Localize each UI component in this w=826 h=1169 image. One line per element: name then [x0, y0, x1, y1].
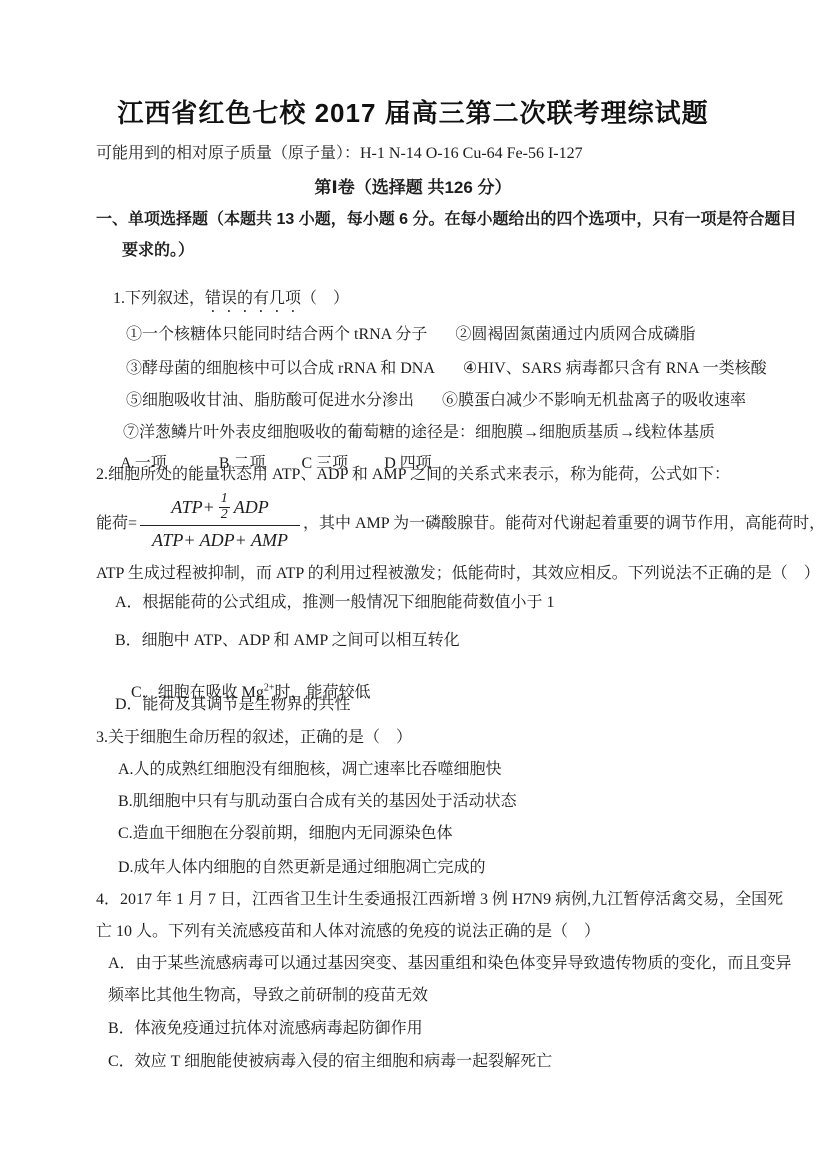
q4-option-b: B．体液免疫通过抗体对流感病毒起防御作用 [108, 1018, 423, 1039]
q4-option-a-line1: A．由于某些流感病毒可以通过基因突变、基因重组和染色体变异导致遗传物质的变化，而… [108, 953, 792, 974]
exam-document: 江西省红色七校 2017 届高三第二次联考理综试题 可能用到的相对原子质量（原子… [0, 0, 826, 1169]
q2-formula-lhs: 能荷= [96, 510, 137, 533]
q2-energy-charge-formula: 能荷= ATP+12ADP ATP+ ADP+ AMP ，其中 AMP 为一磷酸… [96, 492, 825, 551]
page-title: 江西省红色七校 2017 届高三第二次联考理综试题 [0, 103, 826, 124]
q2-formula-half-fraction: 12 [219, 492, 230, 522]
q4-stem-line2: 亡 10 人。下列有关流感疫苗和人体对流感的免疫的说法正确的是（ ） [96, 921, 600, 942]
q2-formula-tail: ，其中 AMP 为一磷酸腺苷。能荷对代谢起着重要的调节作用，高能荷时， [303, 510, 825, 533]
q2-stem-continued: ATP 生成过程被抑制，而 ATP 的利用过程被激发；低能荷时，其效应相反。下列… [96, 563, 820, 584]
section-one-intro-line2: 要求的。） [122, 240, 194, 261]
q2-option-c-superscript: 2+ [264, 683, 275, 694]
q2-formula-denominator: ATP+ ADP+ AMP [140, 525, 300, 551]
q3-option-a: A.人的成熟红细胞没有细胞核，凋亡速率比吞噬细胞快 [118, 759, 502, 780]
q4-option-a-line2: 频率比其他生物高，导致之前研制的疫苗无效 [108, 985, 428, 1006]
q2-option-a: A．根据能荷的公式组成，推测一般情况下细胞能荷数值小于 1 [115, 592, 555, 613]
q3-stem: 3.关于细胞生命历程的叙述，正确的是（ ） [96, 727, 412, 748]
q4-stem-line1: 4．2017 年 1 月 7 日，江西省卫生计生委通报江西新增 3 例 H7N9… [96, 889, 783, 910]
q4-option-c: C．效应 T 细胞能使被病毒入侵的宿主细胞和病毒一起裂解死亡 [108, 1051, 552, 1072]
q2-option-b: B．细胞中 ATP、ADP 和 AMP 之间可以相互转化 [115, 630, 460, 651]
atomic-mass-note: 可能用到的相对原子质量（原子量）：H-1 N-14 O-16 Cu-64 Fe-… [96, 143, 583, 164]
q3-option-b: B.肌细胞中只有与肌动蛋白合成有关的基因处于活动状态 [118, 791, 517, 812]
q2-formula-fraction: ATP+12ADP ATP+ ADP+ AMP [140, 492, 300, 551]
section-one-intro-line1: 一、单项选择题（本题共 13 小题，每小题 6 分。在每小题给出的四个选项中，只… [96, 209, 796, 230]
q2-stem: 2.细胞所处的能量状态用 ATP、ADP 和 AMP 之间的关系式来表示，称为能… [96, 464, 730, 485]
section-heading: 第Ⅰ卷（选择题 共126 分） [0, 177, 826, 198]
q2-option-d: D．能荷及其调节是生物界的共性 [115, 694, 351, 715]
q3-option-c: C.造血干细胞在分裂前期，细胞内无同源染色体 [118, 823, 453, 844]
q3-option-d: D.成年人体内细胞的自然更新是通过细胞凋亡完成的 [118, 857, 486, 878]
q2-formula-numerator: ATP+12ADP [159, 492, 280, 525]
